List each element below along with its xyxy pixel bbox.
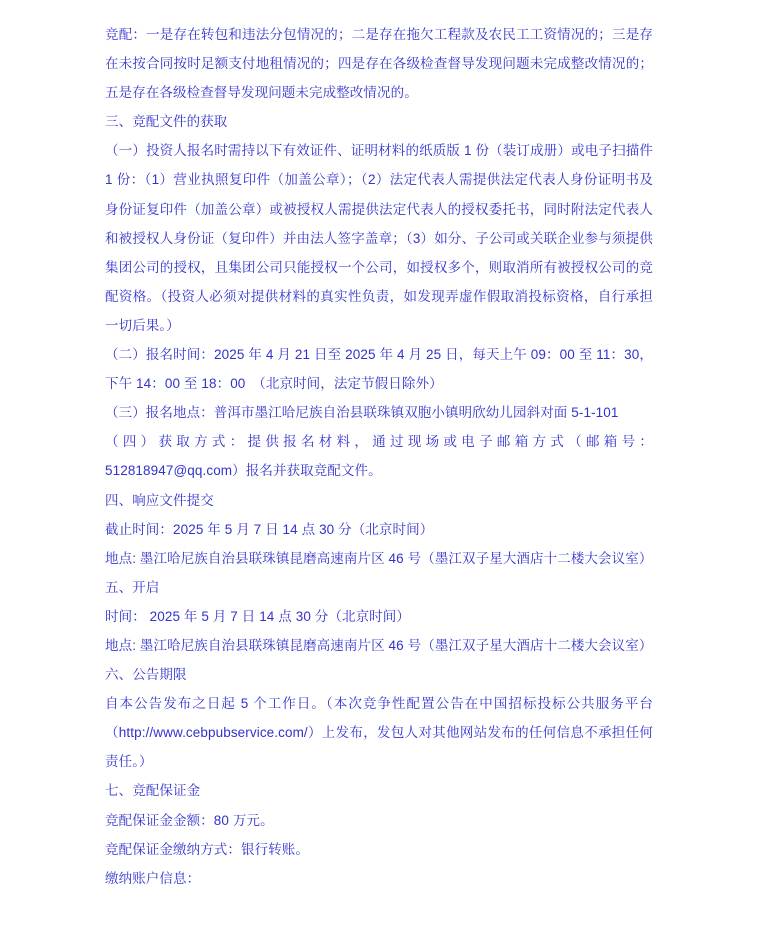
document-body: 竞配：一是存在转包和违法分包情况的；二是存在拖欠工程款及农民工工资情况的；三是存… [105, 20, 653, 893]
heading-section-7-deposit: 七、竞配保证金 [105, 776, 653, 805]
heading-section-6-announcement-period: 六、公告期限 [105, 660, 653, 689]
para-submission-deadline: 截止时间：2025 年 5 月 7 日 14 点 30 分（北京时间） [105, 515, 653, 544]
heading-section-3-file-acquisition: 三、竞配文件的获取 [105, 107, 653, 136]
para-deposit-payment-method: 竞配保证金缴纳方式：银行转账。 [105, 835, 653, 864]
para-opening-time: 时间： 2025 年 5 月 7 日 14 点 30 分（北京时间） [105, 602, 653, 631]
para-deposit-amount: 竞配保证金金额：80 万元。 [105, 806, 653, 835]
para-registration-materials: （一）投资人报名时需持以下有效证件、证明材料的纸质版 1 份（装订成册）或电子扫… [105, 136, 653, 340]
heading-section-5-opening: 五、开启 [105, 573, 653, 602]
heading-section-4-response-submission: 四、响应文件提交 [105, 486, 653, 515]
para-announcement-period-url: 自本公告发布之日起 5 个工作日。（本次竞争性配置公告在中国招标投标公共服务平台… [105, 689, 653, 776]
para-opening-location: 地点: 墨江哈尼族自治县联珠镇昆磨高速南片区 46 号（墨江双子星大酒店十二楼大… [105, 631, 653, 660]
para-submission-location: 地点: 墨江哈尼族自治县联珠镇昆磨高速南片区 46 号（墨江双子星大酒店十二楼大… [105, 544, 653, 573]
para-registration-time: （二）报名时间：2025 年 4 月 21 日至 2025 年 4 月 25 日… [105, 340, 653, 398]
para-registration-location: （三）报名地点：普洱市墨江哈尼族自治县联珠镇双胞小镇明欣幼儿园斜对面 5-1-1… [105, 398, 653, 427]
para-acquisition-method-email: （四）获取方式：提供报名材料，通过现场或电子邮箱方式（邮箱号：512818947… [105, 427, 653, 485]
document-page: 竞配：一是存在转包和违法分包情况的；二是存在拖欠工程款及农民工工资情况的；三是存… [0, 0, 757, 940]
para-eligibility-restrictions: 竞配：一是存在转包和违法分包情况的；二是存在拖欠工程款及农民工工资情况的；三是存… [105, 20, 653, 107]
para-payment-account-info: 缴纳账户信息： [105, 864, 653, 893]
